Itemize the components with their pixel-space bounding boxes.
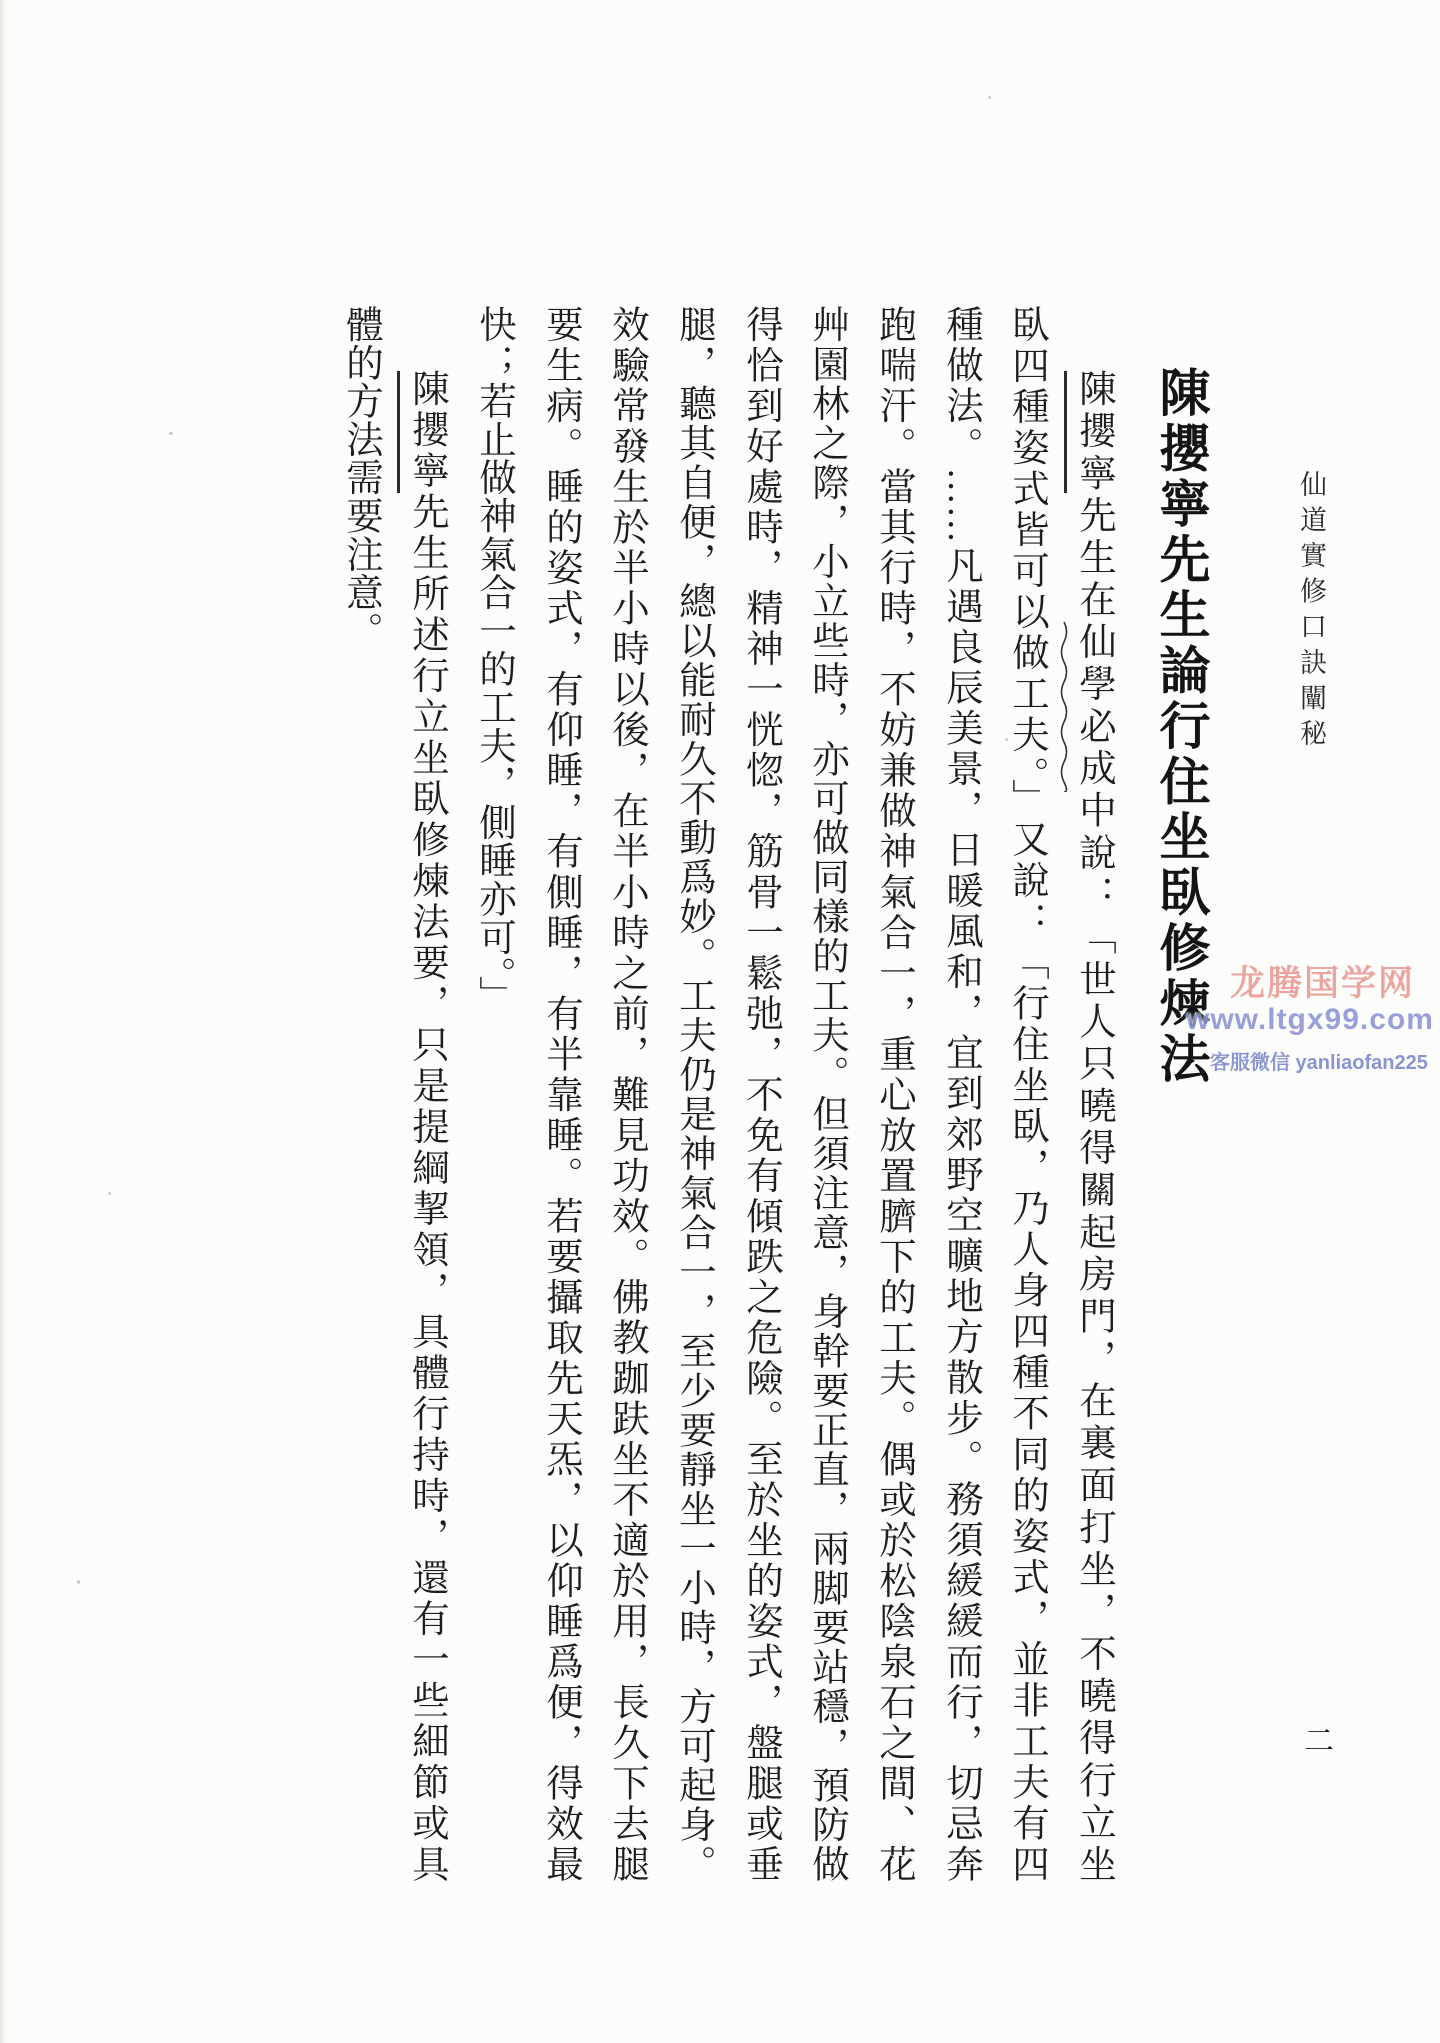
book-title-wavy-mark — [1058, 620, 1070, 792]
text-column-1: 陳攖寧先生在仙學必成中說：「世人只曉得關起房門，在裏面打坐，不曉得行立坐 — [1072, 305, 1112, 1883]
text-column-9: 要生病。睡的姿式，有仰睡，有側睡，有半靠睡。若要攝取先天炁，以仰睡爲便，得效最 — [539, 305, 579, 1883]
scanned-book-page: 陳攖寧先生論行住坐臥修煉法 陳攖寧先生在仙學必成中說：「世人只曉得關起房門，在裏… — [0, 0, 1440, 2043]
page-number: 二 — [1304, 1716, 1334, 1760]
scan-speck — [988, 96, 991, 99]
article-title: 陳攖寧先生論行住坐臥修煉法 — [1153, 366, 1204, 1088]
text-column-10: 快；若止做神氣合一的工夫，側睡亦可。」 — [472, 305, 512, 1014]
scan-speck — [1005, 738, 1008, 741]
text-column-8: 效驗常發生於半小時以後，在半小時之前，難見功效。佛教跏趺坐不適於用，長久下去腿 — [605, 305, 645, 1883]
scan-edge-shadow — [0, 0, 6, 2043]
watermark-contact: 客服微信 yanliaofan225 — [1210, 1046, 1428, 1075]
text-run: 中說：「世人只曉得關起房門，在裏面打坐，不曉得行立坐 — [1073, 791, 1114, 1883]
author-name-run: 陳攖寧 — [406, 369, 447, 492]
scan-speck — [108, 1192, 111, 1195]
text-column-2: 臥四種姿式皆可以做工夫。」又說：「行住坐臥，乃人身四種不同的姿式，並非工夫有四 — [1005, 305, 1045, 1883]
watermark-site-name: 龙腾国学网 — [1230, 956, 1415, 1006]
text-run: 先生所述行立坐臥修煉法要，只是提綱挈領，具體行持時，還有一些細節或具 — [406, 492, 447, 1883]
book-title-run: 仙學必成 — [1073, 622, 1114, 791]
text-column-6: 得恰到好處時，精神一恍惚，筋骨一鬆弛，不免有傾跌之危險。至於坐的姿式，盤腿或垂 — [739, 305, 779, 1883]
scan-speck — [169, 432, 173, 435]
text-column-4: 跑喘汗。當其行時，不妨兼做神氣合一，重心放置臍下的工夫。偶或於松陰泉石之間、花 — [872, 305, 912, 1883]
text-run: 先生在 — [1073, 496, 1114, 623]
text-column-3: 種做法。……凡遇良辰美景，日暖風和，宜到郊野空曠地方散步。務須緩緩而行，切忌奔 — [939, 305, 979, 1883]
proper-name-mark — [1064, 371, 1067, 493]
author-name-run: 陳攖寧 — [1073, 369, 1114, 496]
book-series-label: 仙道實修口訣闡秘 — [1297, 470, 1324, 755]
proper-name-mark — [397, 371, 400, 493]
text-column-5: 艸園林之際，小立些時，亦可做同樣的工夫。但須注意，身幹要正直，兩脚要站穩，預防做 — [805, 305, 845, 1883]
text-column-7: 腿，聽其自便，總以能耐久不動爲妙。工夫仍是神氣合一，至少要靜坐一小時，方可起身。 — [672, 305, 712, 1883]
text-column-11: 陳攖寧先生所述行立坐臥修煉法要，只是提綱挈領，具體行持時，還有一些細節或具 — [405, 305, 445, 1883]
text-column-12: 體的方法需要注意。 — [339, 305, 379, 650]
scan-speck — [77, 1580, 80, 1584]
watermark-site-url: www.ltgx99.com — [1186, 1003, 1434, 1037]
